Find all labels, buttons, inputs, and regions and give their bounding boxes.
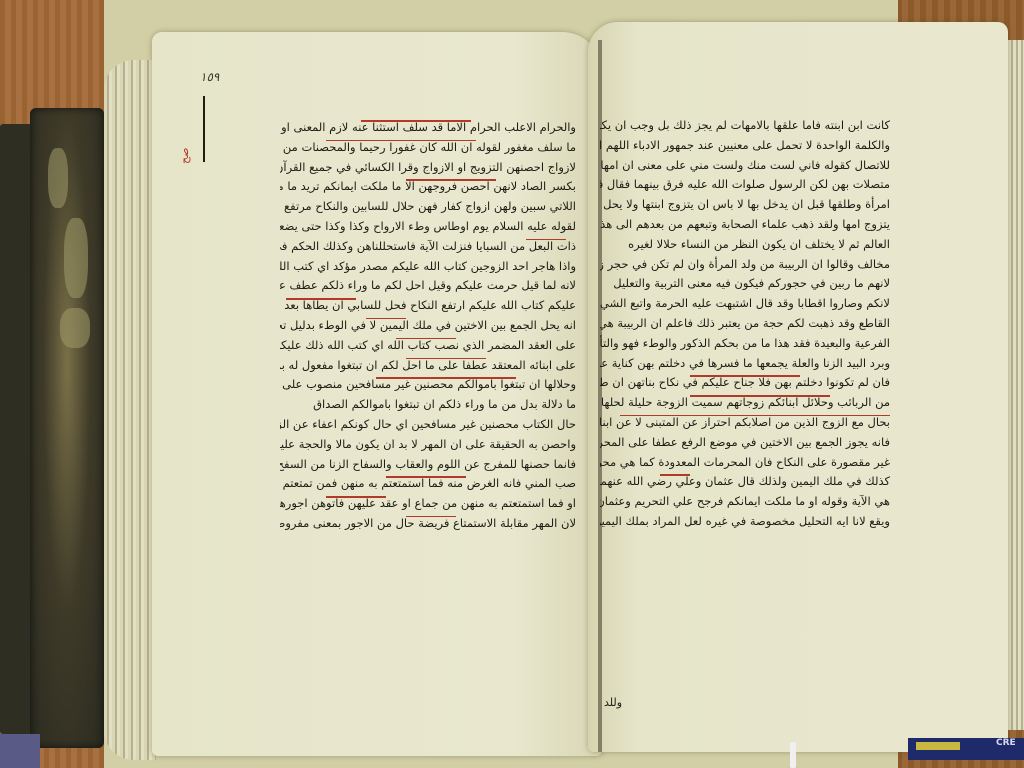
text-line: لانهم ما ربين في حجوركم فيكون فيه معنى ا…: [600, 274, 890, 294]
text-line: او فما استمتعتم به منهن من جماع او عقد ع…: [280, 494, 576, 514]
text-line: واحصن به الحقيقة على ان المهر لا بد ان ي…: [280, 435, 576, 455]
text-line: اللاتي سبين ولهن ازواج كفار فهن حلال للس…: [280, 197, 576, 217]
text-line: وبرد البيد الزنا والعلة يجمعها ما فسرها …: [600, 354, 890, 374]
text-line: من الربائب وحلائل ابنائكم زوجاتهم سميت ا…: [600, 393, 890, 413]
text-line: لقوله عليه السلام يوم اوطاس وطء الارواح …: [280, 217, 576, 237]
text-line: الفرعية والبعيدة فقد هذا ما من بحكم الذك…: [600, 334, 890, 354]
spine-wear-patch: [48, 148, 68, 208]
text-line: يتزوج امها ولقد ذهب علماء الصحابة وتبعهم…: [600, 215, 890, 235]
text-line: امرأة وطلقها قبل ان يدخل بها لا باس ان ي…: [600, 195, 890, 215]
margin-rule: [203, 96, 205, 162]
spine-wear-patch: [64, 218, 88, 298]
book-label-text: CRE: [996, 738, 1016, 748]
book-spine: [0, 108, 118, 748]
catchword: وللد: [604, 696, 622, 709]
text-line: على ابنائه المعتقد عطفا على ما احل لكم ا…: [280, 356, 576, 376]
bookmark-cord: [790, 742, 796, 768]
text-line: بكسر الصاد لانهن احصن فروجهن الا ما ملكت…: [280, 177, 576, 197]
text-line: فانه يجوز الجمع بين الاختين في موضع الرف…: [600, 433, 890, 453]
text-line: هي الآية وقوله او ما ملكت ايمانكم فرجح ع…: [600, 492, 890, 512]
text-line: القاطع وقد ذهبت لكم حجة من يعتبر ذلك فاع…: [600, 314, 890, 334]
text-line: فان لم تكونوا دخلتم بهن فلا جناح عليكم ف…: [600, 373, 890, 393]
text-line: ما سلف مغفور لقوله ان الله كان غفورا رحي…: [280, 138, 576, 158]
text-line: على العقد المضمر الذي نصب كتاب الله اي ك…: [280, 336, 576, 356]
text-line: لانه لما قيل حرمت عليكم وقيل احل لكم ما …: [280, 276, 576, 296]
text-line: فانما حصنها للمفرج عن اللوم والعقاب والس…: [280, 455, 576, 475]
text-line: انه يحل الجمع بين الاختين في ملك اليمين …: [280, 316, 576, 336]
page-edges-left: [104, 60, 156, 760]
text-line: لانكم وصاروا اقطابا وقد قال اشتبهت عليه …: [600, 294, 890, 314]
text-line: ويقع لانا ايه التحليل مخصوصة في غيره لعل…: [600, 512, 890, 532]
text-line: ما دلالة بدل من ما وراء ذلكم ان تبتغوا ب…: [280, 395, 576, 415]
spine-wear-patch: [60, 308, 90, 348]
text-line: غير مقصورة على النكاح فان المحرمات المعد…: [600, 453, 890, 473]
text-line: متصلات بهن لكن الرسول صلوات الله عليه فر…: [600, 175, 890, 195]
text-line: ذات البعل من السبايا فنزلت الآية فاستحلل…: [280, 237, 576, 257]
text-line: وحلالها ان تبتغوا باموالكم محصنين غير مس…: [280, 375, 576, 395]
text-line: والكلمة الواحدة لا تحمل على معنيين عند ج…: [600, 136, 890, 156]
text-line: عليكم كتاب الله عليكم ارتفع النكاح فحل ل…: [280, 296, 576, 316]
text-line: مخالف وقالوا ان الربيبة من ولد المرأة وا…: [600, 255, 890, 275]
text-line: بحال مع الزوج الذين من اصلابكم احتراز عن…: [600, 413, 890, 433]
spine-cover-front: [30, 108, 104, 748]
text-line: لازواج احصنهن التزويج او الازواج وقرا ال…: [280, 158, 576, 178]
text-line: العالم ثم لا يختلف ان يكون النظر من النس…: [600, 235, 890, 255]
text-line: لان المهر مقابلة الاستمتاع فريضة حال من …: [280, 514, 576, 534]
text-line: للاتصال كقوله فاني لست منك ولست مني على …: [600, 156, 890, 176]
text-line: حال الكتاب محصنين غير مسافحين اي حال كون…: [280, 415, 576, 435]
folio-number: ١٥٩: [200, 70, 219, 84]
text-line: واذا هاجر احد الزوجين كتاب الله عليكم مص…: [280, 257, 576, 277]
right-page-text: كانت ابن ابنته فاما علقها بالامهات لم يج…: [600, 116, 890, 532]
book-label-stripe: [916, 742, 960, 750]
book-label-left: [0, 734, 40, 768]
text-line: صب المني فانه الغرض منه فما استمتعتم به …: [280, 474, 576, 494]
margin-note: صح: [178, 100, 202, 164]
left-page-text: والحرام الاعلب الحرام الاما قد سلف استثن…: [280, 118, 576, 534]
text-line: كذلك في ملك اليمين ولذلك قال عثمان وعلي …: [600, 472, 890, 492]
spine-cover-back: [0, 124, 32, 734]
text-line: كانت ابن ابنته فاما علقها بالامهات لم يج…: [600, 116, 890, 136]
text-line: والحرام الاعلب الحرام الاما قد سلف استثن…: [280, 118, 576, 138]
